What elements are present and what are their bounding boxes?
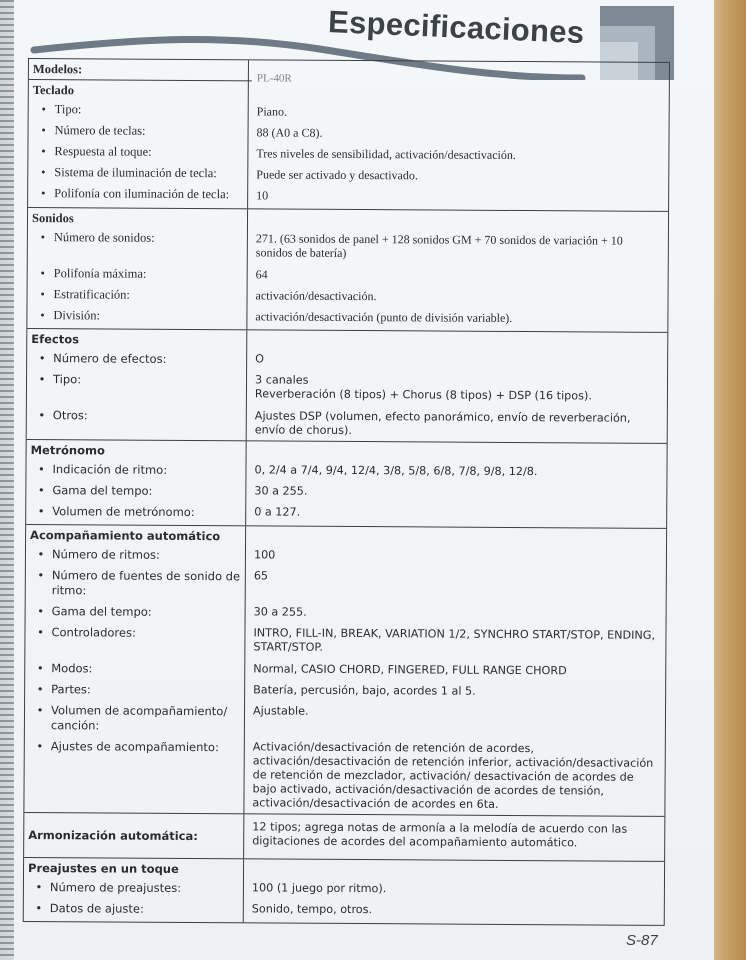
- spec-value: Normal, CASIO CHORD, FINGERED, FULL RANG…: [253, 662, 659, 681]
- spec-label-row: •Ajustes de acompañamiento:: [28, 739, 243, 800]
- spec-value: 0 a 127.: [254, 505, 660, 524]
- spec-label-row: •Gama del tempo:: [30, 604, 245, 622]
- spec-label-row: •Volumen de acompañamiento/ canción:: [29, 703, 244, 736]
- spec-value: Ajustes DSP (volumen, efecto panorámico,…: [255, 409, 661, 439]
- section-heading: Metrónomo: [31, 442, 246, 459]
- spec-value: Tres niveles de sensibilidad, activación…: [256, 146, 662, 165]
- section-heading: Preajustes en un toque: [28, 860, 243, 877]
- spec-label-row: •Volumen de metrónomo:: [30, 504, 245, 522]
- spec-value: 30 a 255.: [254, 605, 660, 624]
- spec-value: 12 tipos; agrega notas de armonía a la m…: [252, 820, 658, 854]
- spec-label-row: •Partes:: [29, 682, 244, 700]
- section-heading: Teclado: [33, 82, 252, 99]
- spec-label-row: •Número de teclas:: [32, 123, 247, 141]
- spec-label-row: •Respuesta al toque:: [32, 144, 247, 162]
- section-teclado: Modelos: Teclado •Tipo: •Número de tecla…: [28, 59, 669, 211]
- section-heading: Armonización automática:: [28, 827, 198, 844]
- spec-value: O: [255, 352, 661, 371]
- models-label: Modelos:: [33, 61, 248, 78]
- spec-value: 100 (1 juego por ritmo).: [252, 881, 658, 900]
- spec-label-row: •Sistema de iluminación de tecla:: [32, 165, 247, 183]
- spec-label-row: •Indicación de ritmo:: [30, 462, 245, 480]
- spec-value: activación/desactivación (punto de divis…: [255, 309, 661, 328]
- spec-value: 100: [254, 548, 660, 567]
- spec-label-row: •Controladores:: [29, 625, 244, 658]
- manual-page: Especificaciones Modelos: Teclado •Tipo:…: [14, 0, 714, 960]
- spec-value: 10: [256, 188, 662, 207]
- spec-value: Sonido, tempo, otros.: [252, 902, 658, 921]
- spec-label-row: •Gama del tempo:: [30, 483, 245, 501]
- spec-label-row: •Número de preajustes:: [28, 880, 243, 898]
- spec-label-row: •Estratificación:: [31, 287, 246, 305]
- spec-label-row: •Número de efectos:: [31, 351, 246, 369]
- spec-value: Piano.: [257, 104, 663, 123]
- spec-label-row: •Número de ritmos:: [30, 547, 245, 565]
- section-preajustes: Preajustes en un toque •Número de preaju…: [24, 857, 664, 925]
- section-acompanamiento: Acompañamiento automático •Número de rit…: [24, 524, 666, 816]
- spec-value: 3 canales Reverberación (8 tipos) + Chor…: [255, 373, 661, 407]
- section-armonizacion: Armonización automática: 12 tipos; agreg…: [24, 812, 664, 861]
- spec-value: Batería, percusión, bajo, acordes 1 al 5…: [253, 683, 659, 702]
- spec-label-row: •Número de fuentes de sonido de ritmo:: [30, 568, 245, 601]
- model-value: PL-40R: [257, 62, 663, 86]
- spec-value: 65: [254, 569, 660, 603]
- section-efectos: Efectos •Número de efectos: •Tipo: •Otro…: [27, 328, 668, 443]
- book-binding: [0, 0, 14, 960]
- spec-value: 271. (63 sonidos de panel + 128 sonidos …: [256, 231, 662, 265]
- section-metronomo: Metrónomo •Indicación de ritmo: •Gama de…: [26, 439, 667, 528]
- section-heading: Efectos: [31, 331, 246, 348]
- spec-label-row: •Número de sonidos:: [32, 230, 247, 263]
- section-heading: Acompañamiento automático: [30, 527, 245, 544]
- spec-label-row: •Modos:: [29, 661, 244, 679]
- spec-value: 88 (A0 a C8).: [256, 125, 662, 144]
- spec-value: 0, 2/4 a 7/4, 9/4, 12/4, 3/8, 5/8, 6/8, …: [254, 463, 660, 482]
- section-heading: Sonidos: [32, 210, 247, 227]
- spec-label-row: •Polifonía máxima:: [32, 266, 247, 284]
- spec-value: 30 a 255.: [254, 484, 660, 503]
- spec-label-row: •Tipo:: [31, 372, 246, 405]
- spec-value: 64: [256, 267, 662, 286]
- spec-value: Puede ser activado y desactivado.: [256, 167, 662, 186]
- spec-value: Ajustable.: [253, 704, 659, 738]
- spec-value: Activación/desactivación de retención de…: [252, 740, 658, 812]
- spec-label-row: •División:: [31, 308, 246, 326]
- spec-value: activación/desactivación.: [255, 288, 661, 307]
- spec-table: Modelos: Teclado •Tipo: •Número de tecla…: [23, 58, 670, 926]
- spec-label-row: •Otros:: [31, 408, 246, 426]
- section-sonidos: Sonidos •Número de sonidos: •Polifonía m…: [27, 207, 668, 332]
- spec-label-row: •Datos de ajuste:: [28, 901, 243, 919]
- spec-value: INTRO, FILL-IN, BREAK, VARIATION 1/2, SY…: [253, 626, 659, 660]
- spec-label-row: •Tipo:: [33, 102, 248, 120]
- page-number: S-87: [626, 932, 658, 949]
- spec-label-row: •Polifonía con iluminación de tecla:: [32, 186, 247, 204]
